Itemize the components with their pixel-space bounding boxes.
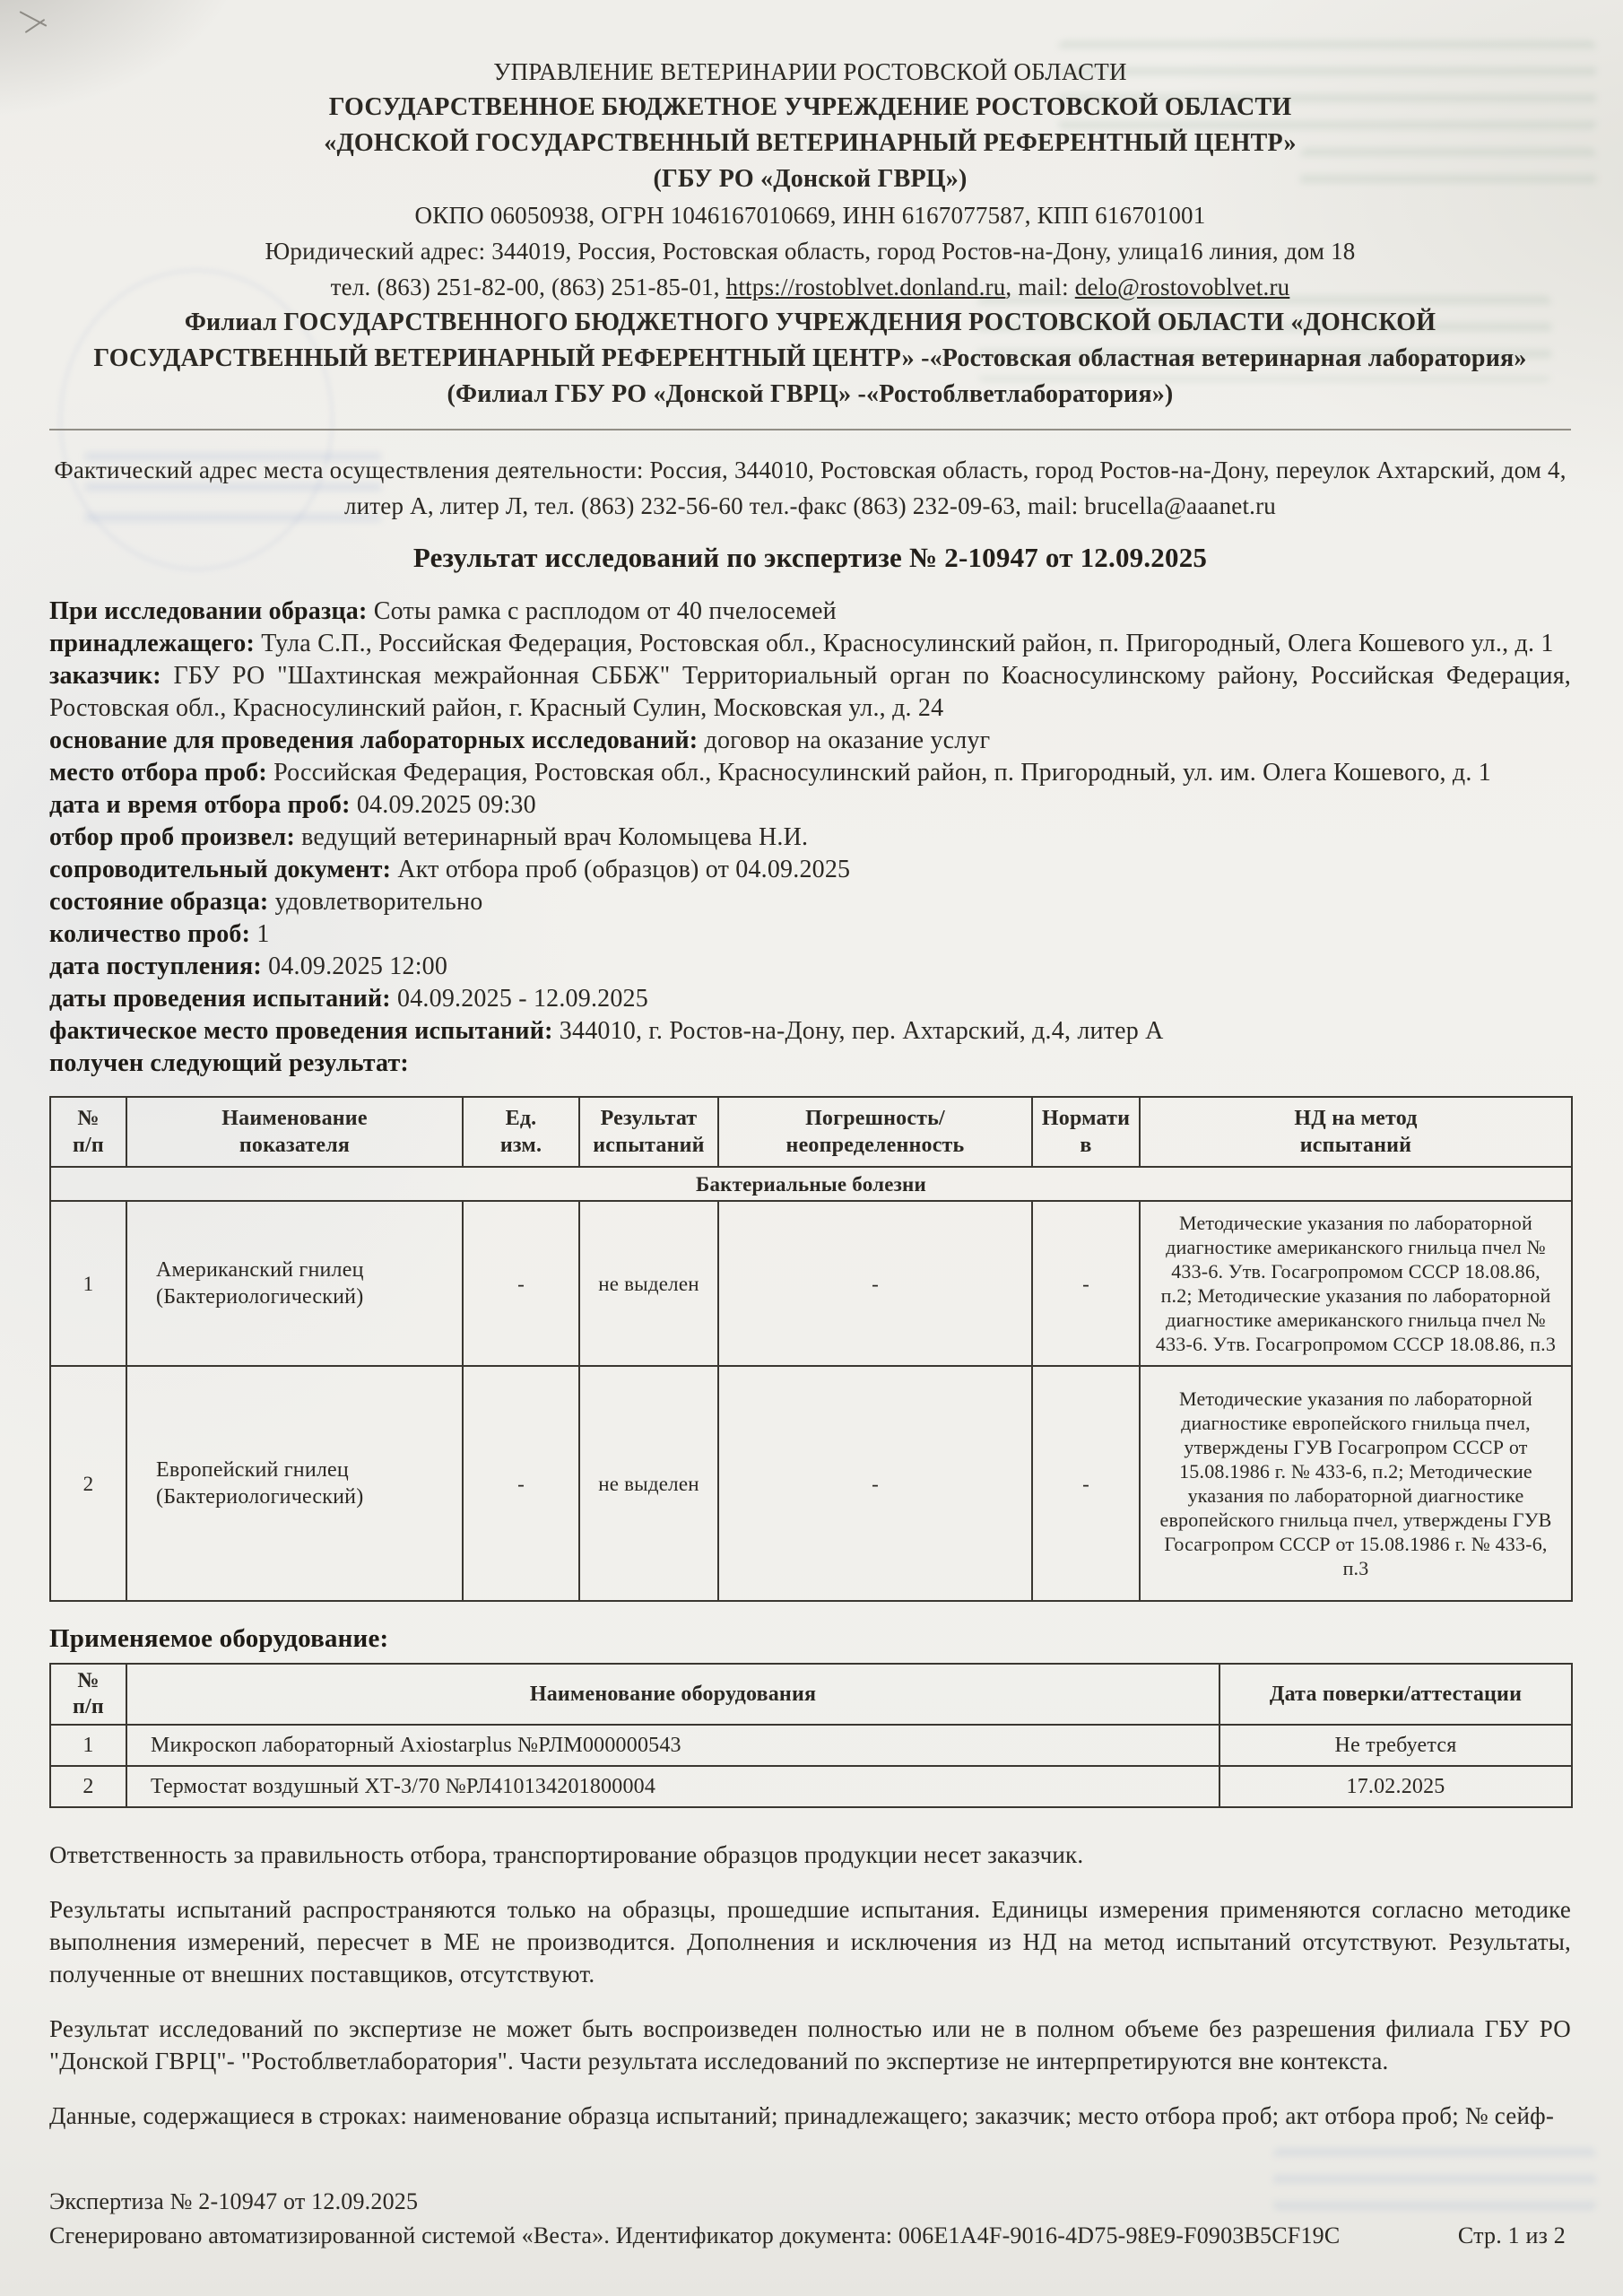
detail-value: ведущий ветеринарный врач Коломыцева Н.И… <box>301 823 808 851</box>
equipment-name: Термостат воздушный ХТ-3/70 №РЛ410134201… <box>126 1766 1219 1807</box>
col-header-num: № п/п <box>50 1664 126 1725</box>
reproduction-paragraph: Результат исследований по экспертизе не … <box>49 2013 1571 2077</box>
col-header-error: Погрешность/неопределенность <box>718 1097 1032 1167</box>
detail-line: состояние образца: удовлетворительно <box>49 886 1571 918</box>
detail-line: получен следующий результат: <box>49 1048 1571 1080</box>
detail-label: место отбора проб: <box>49 759 267 787</box>
detail-line: сопроводительный документ: Акт отбора пр… <box>49 854 1571 886</box>
detail-label: состояние образца: <box>49 888 268 916</box>
equipment-header-row: № п/п Наименование оборудования Дата пов… <box>50 1664 1572 1725</box>
col-header-unit: Ед. изм. <box>463 1097 579 1167</box>
page-number: Стр. 1 из 2 <box>1458 2221 1566 2250</box>
detail-line: При исследовании образца: Соты рамка с р… <box>49 596 1571 628</box>
detail-label: отбор проб произвел: <box>49 823 295 851</box>
row-error: - <box>718 1366 1032 1601</box>
scanned-document-page: УПРАВЛЕНИЕ ВЕТЕРИНАРИИ РОСТОВСКОЙ ОБЛАСТ… <box>0 0 1623 2296</box>
results-header-row: № п/п Наименование показателя Ед. изм. Р… <box>50 1097 1572 1167</box>
equipment-row: 1 Микроскоп лабораторный Axiostarplus №Р… <box>50 1725 1572 1766</box>
row-unit: - <box>463 1366 579 1601</box>
row-method: Методические указания по лабораторной ди… <box>1140 1366 1572 1601</box>
letterhead-contacts: тел. (863) 251-82-00, (863) 251-85-01, h… <box>49 269 1571 305</box>
letterhead-codes: ОКПО 06050938, ОГРН 1046167010669, ИНН 6… <box>49 197 1571 233</box>
detail-value: Акт отбора проб (образцов) от 04.09.2025 <box>397 856 850 883</box>
detail-label: фактическое место проведения испытаний: <box>49 1017 553 1045</box>
col-header-norm: Норматив <box>1032 1097 1140 1167</box>
detail-label: сопроводительный документ: <box>49 856 391 883</box>
letterhead-legal-address: Юридический адрес: 344019, Россия, Росто… <box>49 233 1571 269</box>
equipment-table: № п/п Наименование оборудования Дата пов… <box>49 1663 1573 1808</box>
detail-label: получен следующий результат: <box>49 1049 409 1077</box>
header-divider <box>49 429 1571 430</box>
detail-line: основание для проведения лабораторных ис… <box>49 725 1571 757</box>
detail-line: даты проведения испытаний: 04.09.2025 - … <box>49 983 1571 1015</box>
detail-line: дата и время отбора проб: 04.09.2025 09:… <box>49 789 1571 822</box>
letterhead-branch-short: (Филиал ГБУ РО «Донской ГВРЦ» -«Ростоблв… <box>49 377 1571 413</box>
generated-by-line: Сгенерировано автоматизированной системо… <box>49 2221 1340 2250</box>
detail-value: договор на оказание услуг <box>705 726 991 754</box>
detail-label: При исследовании образца: <box>49 597 368 625</box>
detail-value: 04.09.2025 09:30 <box>357 791 536 819</box>
responsibility-paragraph: Ответственность за правильность отбора, … <box>49 1839 1571 1871</box>
equipment-num: 2 <box>50 1766 126 1807</box>
closing-paragraphs: Ответственность за правильность отбора, … <box>49 1839 1571 2132</box>
expertise-footer-line: Экспертиза № 2-10947 от 12.09.2025 <box>49 2187 1571 2216</box>
col-header-verification-date: Дата поверки/аттестации <box>1219 1664 1572 1725</box>
scope-paragraph: Результаты испытаний распространяются то… <box>49 1893 1571 1990</box>
detail-label: основание для проведения лабораторных ис… <box>49 726 698 754</box>
detail-value: 1 <box>256 920 269 948</box>
detail-line: принадлежащего: Тула С.П., Российская Фе… <box>49 628 1571 660</box>
facility-address: Фактический адрес места осуществления де… <box>49 452 1571 524</box>
mail-label: , mail: <box>1005 274 1074 300</box>
detail-line: количество проб: 1 <box>49 918 1571 951</box>
row-indicator: Американский гнилец (Бактериологический) <box>126 1201 463 1366</box>
letterhead-branch: Филиал ГОСУДАРСТВЕННОГО БЮДЖЕТНОГО УЧРЕЖ… <box>49 305 1571 377</box>
detail-label: количество проб: <box>49 920 250 948</box>
equipment-heading: Применяемое оборудование: <box>49 1622 1571 1656</box>
row-method: Методические указания по лабораторной ди… <box>1140 1201 1572 1366</box>
detail-value: Соты рамка с расплодом от 40 пчелосемей <box>374 597 837 625</box>
equipment-row: 2 Термостат воздушный ХТ-3/70 №РЛ4101342… <box>50 1766 1572 1807</box>
row-num: 2 <box>50 1366 126 1601</box>
row-result: не выделен <box>579 1201 718 1366</box>
detail-label: дата и время отбора проб: <box>49 791 351 819</box>
row-norm: - <box>1032 1201 1140 1366</box>
table-row: 2 Европейский гнилец (Бактериологический… <box>50 1366 1572 1601</box>
email-link: delo@rostovoblvet.ru <box>1075 274 1290 300</box>
document-title: Результат исследований по экспертизе № 2… <box>49 538 1571 578</box>
row-result: не выделен <box>579 1366 718 1601</box>
equipment-name: Микроскоп лабораторный Axiostarplus №РЛМ… <box>126 1725 1219 1766</box>
detail-value: удовлетворительно <box>275 888 483 916</box>
col-header-equipment-name: Наименование оборудования <box>126 1664 1219 1725</box>
letterhead-org-line2: «ДОНСКОЙ ГОСУДАРСТВЕННЫЙ ВЕТЕРИНАРНЫЙ РЕ… <box>49 126 1571 161</box>
row-unit: - <box>463 1201 579 1366</box>
sample-details: При исследовании образца: Соты рамка с р… <box>49 596 1571 1080</box>
detail-line: фактическое место проведения испытаний: … <box>49 1015 1571 1048</box>
table-row: 1 Американский гнилец (Бактериологически… <box>50 1201 1572 1366</box>
col-header-method: НД на метод испытаний <box>1140 1097 1572 1167</box>
detail-value: Тула С.П., Российская Федерация, Ростовс… <box>261 630 1553 657</box>
detail-label: дата поступления: <box>49 952 262 980</box>
equipment-date: Не требуется <box>1219 1725 1572 1766</box>
detail-label: принадлежащего: <box>49 630 255 657</box>
website-link: https://rostoblvet.donland.ru <box>726 274 1006 300</box>
detail-value: Российская Федерация, Ростовская обл., К… <box>273 759 1491 787</box>
results-table: № п/п Наименование показателя Ед. изм. Р… <box>49 1096 1573 1602</box>
detail-label: даты проведения испытаний: <box>49 985 391 1013</box>
phone-numbers: тел. (863) 251-82-00, (863) 251-85-01, <box>331 274 726 300</box>
detail-value: ГБУ РО "Шахтинская межрайонная СББЖ" Тер… <box>49 662 1571 722</box>
detail-value: 04.09.2025 12:00 <box>268 952 447 980</box>
detail-line: заказчик: ГБУ РО "Шахтинская межрайонная… <box>49 660 1571 725</box>
detail-label: заказчик: <box>49 662 161 690</box>
detail-value: 344010, г. Ростов-на-Дону, пер. Ахтарски… <box>560 1017 1164 1045</box>
col-header-num: № п/п <box>50 1097 126 1167</box>
detail-line: отбор проб произвел: ведущий ветеринарны… <box>49 822 1571 854</box>
letterhead-org-short: (ГБУ РО «Донской ГВРЦ») <box>49 161 1571 197</box>
row-error: - <box>718 1201 1032 1366</box>
detail-line: дата поступления: 04.09.2025 12:00 <box>49 951 1571 983</box>
detail-line: место отбора проб: Российская Федерация,… <box>49 757 1571 789</box>
equipment-date: 17.02.2025 <box>1219 1766 1572 1807</box>
equipment-num: 1 <box>50 1725 126 1766</box>
row-indicator: Европейский гнилец (Бактериологический) <box>126 1366 463 1601</box>
detail-value: 04.09.2025 - 12.09.2025 <box>397 985 648 1013</box>
letterhead-org-line1: ГОСУДАРСТВЕННОЕ БЮДЖЕТНОЕ УЧРЕЖДЕНИЕ РОС… <box>49 90 1571 126</box>
row-norm: - <box>1032 1366 1140 1601</box>
row-num: 1 <box>50 1201 126 1366</box>
section-row: Бактериальные болезни <box>50 1167 1572 1201</box>
col-header-result: Результат испытаний <box>579 1097 718 1167</box>
col-header-indicator: Наименование показателя <box>126 1097 463 1167</box>
section-label: Бактериальные болезни <box>50 1167 1572 1201</box>
data-rows-paragraph: Данные, содержащиеся в строках: наименов… <box>49 2100 1571 2132</box>
document-footer: Экспертиза № 2-10947 от 12.09.2025 Сгене… <box>49 2187 1571 2250</box>
letterhead-department: УПРАВЛЕНИЕ ВЕТЕРИНАРИИ РОСТОВСКОЙ ОБЛАСТ… <box>49 54 1571 90</box>
